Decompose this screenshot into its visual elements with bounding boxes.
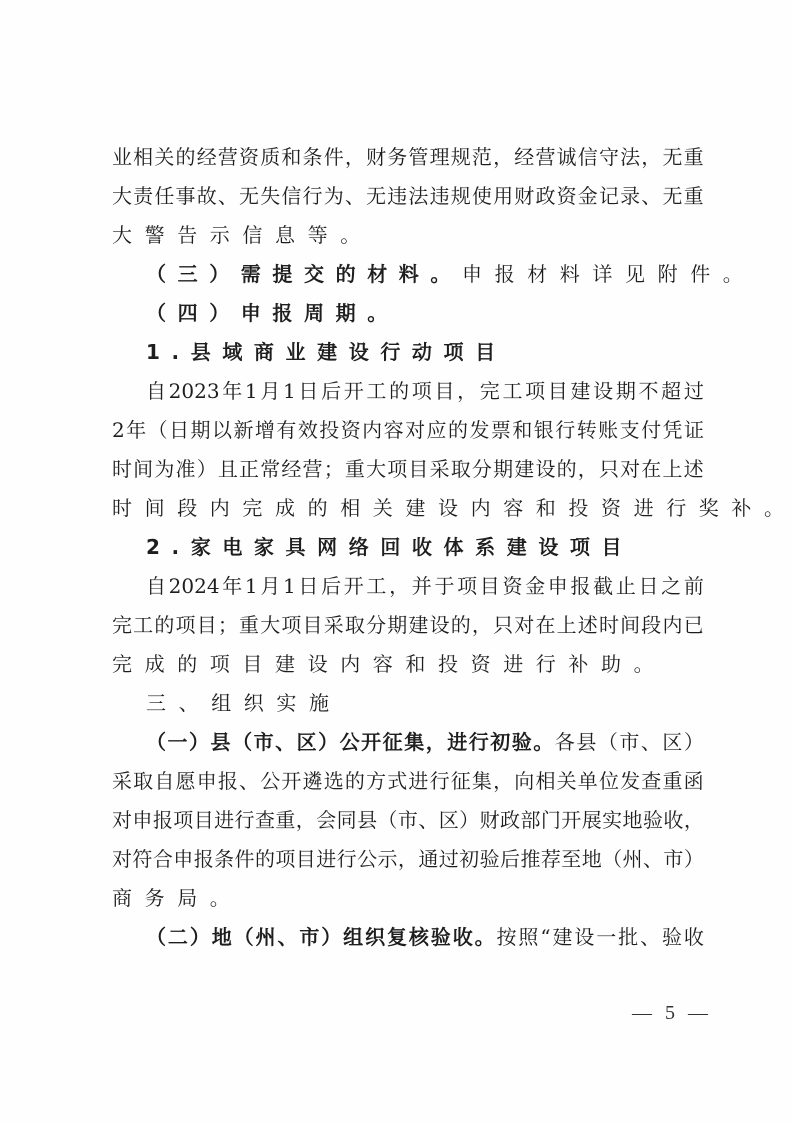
- bold-text: （: [146, 723, 166, 762]
- body-text: 无: [366, 177, 386, 216]
- body-text: 建: [514, 450, 534, 489]
- bold-text: ，: [426, 723, 446, 762]
- body-text: 关: [557, 762, 577, 801]
- body-text: 2024: [169, 567, 220, 606]
- body-text: 项: [412, 372, 432, 411]
- body-text: 自: [146, 372, 166, 411]
- body-text: 前: [684, 567, 704, 606]
- body-text: 常: [260, 450, 280, 489]
- text-line: 大警告示信息等。: [112, 216, 704, 255]
- body-text: 财: [514, 177, 534, 216]
- body-text: 内: [362, 411, 382, 450]
- body-text: 事: [176, 177, 196, 216]
- body-text: 地: [582, 840, 602, 879]
- body-text: 县: [357, 801, 377, 840]
- body-text: 2023: [169, 372, 220, 411]
- body-text: 取: [133, 762, 153, 801]
- body-text: 账: [598, 411, 618, 450]
- body-text: 金: [525, 567, 545, 606]
- body-text: 已: [684, 606, 704, 645]
- body-text: 质: [260, 138, 280, 177]
- document-page: 业相关的经营资质和条件，财务管理规范，经营诚信守法，无重大责任事故、无失信行为、…: [0, 0, 793, 1122]
- body-text: （: [602, 840, 622, 879]
- body-text: 资: [557, 177, 577, 216]
- body-text: 证: [684, 411, 704, 450]
- body-text: 、: [218, 177, 238, 216]
- body-text: 地: [623, 801, 643, 840]
- text-line: 对申报项目进行查重，会同县（市、区）财政部门开展实地验收，: [112, 801, 704, 840]
- body-text: 进: [214, 801, 234, 840]
- body-text: 间: [620, 606, 640, 645]
- body-text: 、: [640, 918, 660, 957]
- bold-text: 市: [299, 918, 319, 957]
- bold-text: 初: [490, 723, 510, 762]
- body-text: 同: [337, 801, 357, 840]
- body-text: 完成的项目建设内容和投资进行补助。: [112, 652, 666, 676]
- body-text: 的: [389, 372, 409, 411]
- body-text: 行: [555, 411, 575, 450]
- text-line: 业相关的经营资质和条件，财务管理规范，经营诚信守法，无重: [112, 138, 704, 177]
- body-text: 遴: [303, 762, 323, 801]
- body-text: 且: [218, 450, 238, 489]
- body-text: 只: [493, 606, 513, 645]
- text-line: 时间段内完成的相关建设内容和投资进行奖补。: [112, 489, 704, 528]
- body-text: 荐: [541, 840, 561, 879]
- body-text: 日: [638, 567, 658, 606]
- body-text: 符: [132, 840, 152, 879]
- body-text: 无: [662, 177, 682, 216]
- text-line: 自2023年1月1日后开工的项目，完工项目建设期不超过: [112, 372, 704, 411]
- body-text: 开: [561, 801, 581, 840]
- body-text: 件: [235, 840, 255, 879]
- body-text: 开: [281, 762, 301, 801]
- body-text: 段: [641, 606, 661, 645]
- body-text: 银: [534, 411, 554, 450]
- body-text: 完: [480, 372, 500, 411]
- body-text: 开: [344, 567, 364, 606]
- text-line-content: 自2024年1月1日后开工，并于项目资金申报截止日之前: [146, 567, 704, 606]
- body-text: 相: [535, 762, 555, 801]
- body-text: 的: [154, 606, 174, 645]
- text-line: 1.县域商业建设行动项目: [112, 333, 704, 372]
- body-text: ）: [459, 801, 479, 840]
- body-text: 规: [451, 177, 471, 216]
- body-text: 只: [599, 450, 619, 489]
- body-text: 完: [112, 606, 132, 645]
- body-text: 理: [430, 138, 450, 177]
- body-text: 、: [641, 723, 661, 762]
- body-text: 目: [303, 606, 323, 645]
- body-text: 各: [555, 723, 575, 762]
- body-text: 营: [218, 138, 238, 177]
- body-text: 范: [472, 138, 492, 177]
- body-text: 2: [112, 411, 125, 450]
- body-text: 不: [638, 372, 658, 411]
- body-text: 申: [548, 567, 568, 606]
- body-text: 任: [154, 177, 174, 216]
- body-text: 1: [245, 372, 258, 411]
- body-text: 后: [500, 840, 520, 879]
- body-text: ，: [472, 606, 492, 645]
- body-text: ，: [398, 840, 418, 879]
- bold-text: （: [232, 723, 252, 762]
- body-text: 应: [427, 411, 447, 450]
- body-text: 式: [387, 762, 407, 801]
- bold-text: 集: [404, 723, 424, 762]
- body-text: 合: [153, 840, 173, 879]
- body-text: 之: [661, 567, 681, 606]
- body-text: 推: [520, 840, 540, 879]
- body-text: 建: [570, 372, 590, 411]
- text-line: 时间为准）且正常经营；重大项目采取分期建设的，只对在上述: [112, 450, 704, 489]
- body-text: 的: [176, 138, 196, 177]
- text-line: （四）申报周期。: [112, 294, 704, 333]
- body-text: 1: [245, 567, 258, 606]
- body-text: 报: [194, 840, 214, 879]
- body-text: 分: [366, 606, 386, 645]
- body-text: 位: [599, 762, 619, 801]
- body-text: 营: [303, 450, 323, 489]
- body-text: 目: [548, 372, 568, 411]
- bold-text: 县: [211, 723, 231, 762]
- text-line-content: 商务局。: [112, 879, 704, 918]
- body-text: 日: [298, 567, 318, 606]
- body-text: 选: [324, 762, 344, 801]
- body-text: 公: [357, 840, 377, 879]
- body-text: 上: [557, 606, 577, 645]
- body-text: 、: [641, 177, 661, 216]
- body-text: 正: [239, 450, 259, 489]
- body-text: 业: [112, 138, 132, 177]
- body-text: 行: [337, 840, 357, 879]
- body-text: 设: [430, 606, 450, 645]
- body-text: 守: [599, 138, 619, 177]
- body-text: 信: [578, 138, 598, 177]
- body-text: 止: [616, 567, 636, 606]
- text-line: 完工的项目；重大项目采取分期建设的，只对在上述时间段内已: [112, 606, 704, 645]
- body-text: 的: [255, 840, 275, 879]
- body-text: ，: [684, 801, 704, 840]
- body-text: 间: [133, 450, 153, 489]
- body-text: 效: [298, 411, 318, 450]
- body-text: 月: [260, 372, 280, 411]
- body-text: 在: [535, 606, 555, 645]
- body-text: 年: [222, 567, 242, 606]
- body-text: 资: [502, 567, 522, 606]
- body-text: 于: [434, 567, 454, 606]
- body-text: 向: [514, 762, 534, 801]
- body-text: 报: [570, 567, 590, 606]
- body-text: 县: [576, 723, 596, 762]
- body-text: 按: [497, 918, 517, 957]
- bold-text: 2.家电家具网络回收体系建设项目: [146, 535, 633, 559]
- bold-text: 。: [475, 918, 495, 957]
- body-text: 务: [387, 138, 407, 177]
- body-text: 设: [593, 372, 613, 411]
- body-text: 法: [408, 177, 428, 216]
- body-text: 录: [620, 177, 640, 216]
- text-line: （二）地（州、市）组织复核验收。按照“建设一批、验收: [112, 918, 704, 957]
- body-text: 转: [577, 411, 597, 450]
- body-text: 以: [212, 411, 232, 450]
- body-text: 准: [176, 450, 196, 489]
- body-text: 政: [500, 801, 520, 840]
- body-text: 通: [418, 840, 438, 879]
- body-text: 法: [620, 138, 640, 177]
- body-text: 对: [620, 450, 640, 489]
- text-line: 自2024年1月1日后开工，并于项目资金申报截止日之前: [112, 567, 704, 606]
- body-text: 的: [451, 606, 471, 645]
- body-text: 至: [561, 840, 581, 879]
- text-line-content: （三）需提交的材料。申报材料详见附件。: [146, 255, 704, 294]
- body-text: 期: [387, 606, 407, 645]
- body-text: 述: [684, 450, 704, 489]
- text-line-content: 业相关的经营资质和条件，财务管理规范，经营诚信守法，无重: [112, 138, 704, 177]
- body-text: 采: [430, 450, 450, 489]
- bold-text: 行: [469, 723, 489, 762]
- body-text: 验: [662, 918, 682, 957]
- body-text: 函: [684, 762, 704, 801]
- body-text: 建: [552, 918, 572, 957]
- body-text: 申: [173, 840, 193, 879]
- text-line: （三）需提交的材料。申报材料详见附件。: [112, 255, 704, 294]
- body-text: 进: [408, 762, 428, 801]
- body-text: 设: [574, 918, 594, 957]
- page-number: — 5 —: [632, 1002, 712, 1025]
- body-text: 收: [684, 918, 704, 957]
- body-text: 批: [618, 918, 638, 957]
- body-text: 区: [439, 801, 459, 840]
- body-text: ，: [345, 138, 365, 177]
- body-text: 故: [197, 177, 217, 216]
- text-line-content: 对符合申报条件的项目进行公示，通过初验后推荐至地（州、市）: [112, 840, 704, 879]
- body-text: 截: [593, 567, 613, 606]
- body-text: 采: [324, 606, 344, 645]
- body-text: 目: [480, 567, 500, 606]
- bold-text: 征: [383, 723, 403, 762]
- body-text: 、: [643, 840, 663, 879]
- body-text: 取: [451, 450, 471, 489]
- body-text: 财: [480, 801, 500, 840]
- text-line: 对符合申报条件的项目进行公示，通过初验后推荐至地（州、市）: [112, 840, 704, 879]
- body-text: 单: [578, 762, 598, 801]
- body-text: 目: [434, 372, 454, 411]
- body-text: 超: [661, 372, 681, 411]
- bold-text: 核: [409, 918, 429, 957]
- body-text: 投: [319, 411, 339, 450]
- body-text: 申: [197, 762, 217, 801]
- body-text: 条: [303, 138, 323, 177]
- body-text: ；: [324, 450, 344, 489]
- body-text: 为: [154, 450, 174, 489]
- body-text: 1: [283, 567, 296, 606]
- body-text: 项: [457, 567, 477, 606]
- body-text: 验: [480, 840, 500, 879]
- body-text: 工: [133, 606, 153, 645]
- text-line: 2年（日期以新增有效投资内容对应的发票和银行转账支付凭证: [112, 411, 704, 450]
- body-text: 资: [239, 138, 259, 177]
- body-text: 开: [344, 372, 364, 411]
- body-text: 时: [112, 450, 132, 489]
- body-text: 自: [146, 567, 166, 606]
- body-text: 重: [662, 762, 682, 801]
- bold-text: 一: [168, 723, 188, 762]
- body-text: 违: [430, 177, 450, 216]
- body-text: 金: [578, 177, 598, 216]
- text-line-content: 完工的项目；重大项目采取分期建设的，只对在上述时间段内已: [112, 606, 704, 645]
- body-text: 过: [439, 840, 459, 879]
- body-text: 支: [620, 411, 640, 450]
- body-text: 愿: [176, 762, 196, 801]
- body-text: 收: [663, 801, 683, 840]
- text-line: 2.家电家具网络回收体系建设项目: [112, 528, 704, 567]
- body-text: 年: [222, 372, 242, 411]
- body-text: 报: [218, 762, 238, 801]
- body-text: 门: [541, 801, 561, 840]
- body-text: 州: [623, 840, 643, 879]
- bold-text: 进: [447, 723, 467, 762]
- text-line: 商务局。: [112, 879, 704, 918]
- body-text: 项: [275, 840, 295, 879]
- text-line: （一）县（市、区）公开征集，进行初验。各县（市、区）: [112, 723, 704, 762]
- body-text: 部: [520, 801, 540, 840]
- body-text: 内: [662, 606, 682, 645]
- text-line-content: （四）申报周期。: [146, 294, 704, 333]
- body-text: 商务局。: [112, 886, 242, 910]
- bold-text: （三）需提交的材料。: [146, 262, 462, 286]
- body-text: ，: [296, 801, 316, 840]
- body-text: 政: [535, 177, 555, 216]
- text-line: 大责任事故、无失信行为、无违法违规使用财政资金记录、无重: [112, 177, 704, 216]
- bold-text: ）: [318, 723, 338, 762]
- body-text: 分: [472, 450, 492, 489]
- body-text: 工: [366, 567, 386, 606]
- body-text: 增: [255, 411, 275, 450]
- body-text: 三、组织实施: [146, 691, 342, 715]
- body-text: 大警告示信息等。: [112, 223, 373, 247]
- body-text: 项: [525, 372, 545, 411]
- body-text: 目: [408, 450, 428, 489]
- body-text: 的: [448, 411, 468, 450]
- body-text: ，: [641, 138, 661, 177]
- bold-text: 验: [512, 723, 532, 762]
- text-line-content: 大责任事故、无失信行为、无违法违规使用财政资金记录、无重: [112, 177, 704, 216]
- body-text: 过: [684, 372, 704, 411]
- body-text: 目: [197, 606, 217, 645]
- body-text: 行: [430, 762, 450, 801]
- body-text: 申: [132, 801, 152, 840]
- body-text: 经: [281, 450, 301, 489]
- body-text: 日: [169, 411, 189, 450]
- body-text: ，: [493, 138, 513, 177]
- body-text: 容: [384, 411, 404, 450]
- bold-text: 州: [256, 918, 276, 957]
- text-line-content: 时间为准）且正常经营；重大项目采取分期建设的，只对在上述: [112, 450, 704, 489]
- body-text: 规: [451, 138, 471, 177]
- body-text: 日: [298, 372, 318, 411]
- bold-text: 验: [431, 918, 451, 957]
- bold-text: 公: [340, 723, 360, 762]
- body-text: 行: [235, 801, 255, 840]
- body-text: 进: [316, 840, 336, 879]
- bold-text: 区: [297, 723, 317, 762]
- body-text: 无: [239, 177, 259, 216]
- body-text: 使: [472, 177, 492, 216]
- body-text: 月: [260, 567, 280, 606]
- body-text: 无: [662, 138, 682, 177]
- text-line-content: 三、组织实施: [146, 684, 704, 723]
- bold-text: ）: [190, 918, 210, 957]
- body-text: 征: [451, 762, 471, 801]
- body-text: 付: [641, 411, 661, 450]
- body-text: 时间段内完成的相关建设内容和投资进行奖补。: [112, 496, 793, 520]
- body-text: 对: [112, 840, 132, 879]
- body-text: 营: [535, 138, 555, 177]
- body-text: 发: [469, 411, 489, 450]
- body-text: 重: [684, 177, 704, 216]
- body-text: 述: [578, 606, 598, 645]
- body-text: 大: [366, 450, 386, 489]
- body-text: 公: [260, 762, 280, 801]
- body-text: ；: [218, 606, 238, 645]
- body-text: 有: [276, 411, 296, 450]
- body-text: 查: [255, 801, 275, 840]
- body-text: 会: [316, 801, 336, 840]
- body-text: 的: [557, 450, 577, 489]
- text-line-content: 1.县域商业建设行动项目: [146, 333, 704, 372]
- body-text: 违: [387, 177, 407, 216]
- body-text: 条: [214, 840, 234, 879]
- body-text: 大: [112, 177, 132, 216]
- body-text: 财: [366, 138, 386, 177]
- body-text: ）: [684, 840, 704, 879]
- body-text: 工: [502, 372, 522, 411]
- body-text: 关: [154, 138, 174, 177]
- body-text: 取: [345, 606, 365, 645]
- body-text: 目: [194, 801, 214, 840]
- body-text: 验: [643, 801, 663, 840]
- bold-text: （四）申报周期。: [146, 301, 399, 325]
- bold-text: （: [234, 918, 254, 957]
- body-text: ，: [457, 372, 477, 411]
- bold-text: 织: [365, 918, 385, 957]
- text-line-content: 完成的项目建设内容和投资进行补助。: [112, 645, 704, 684]
- body-text: 管: [408, 138, 428, 177]
- body-text: 报: [153, 801, 173, 840]
- bold-text: 。: [533, 723, 553, 762]
- body-text: （: [598, 723, 618, 762]
- text-line-content: 2年（日期以新增有效投资内容对应的发票和银行转账支付凭证: [112, 411, 704, 450]
- bold-text: 收: [453, 918, 473, 957]
- body-text: 期: [616, 372, 636, 411]
- body-text: 年: [126, 411, 146, 450]
- body-text: 初: [459, 840, 479, 879]
- text-line-content: （二）地（州、市）组织复核验收。按照“建设一批、验收: [146, 918, 704, 957]
- text-line-content: 大警告示信息等。: [112, 216, 704, 255]
- body-text: 采: [112, 762, 132, 801]
- body-text: 1: [283, 372, 296, 411]
- body-text: 大: [260, 606, 280, 645]
- body-text: ，: [389, 567, 409, 606]
- body-text: 票: [491, 411, 511, 450]
- body-text: 经: [514, 138, 534, 177]
- body-text: 期: [493, 450, 513, 489]
- body-text: 目: [296, 840, 316, 879]
- body-text: 对: [112, 801, 132, 840]
- document-body: 业相关的经营资质和条件，财务管理规范，经营诚信守法，无重大责任事故、无失信行为、…: [112, 138, 704, 957]
- bold-text: ）: [321, 918, 341, 957]
- body-text: 信: [281, 177, 301, 216]
